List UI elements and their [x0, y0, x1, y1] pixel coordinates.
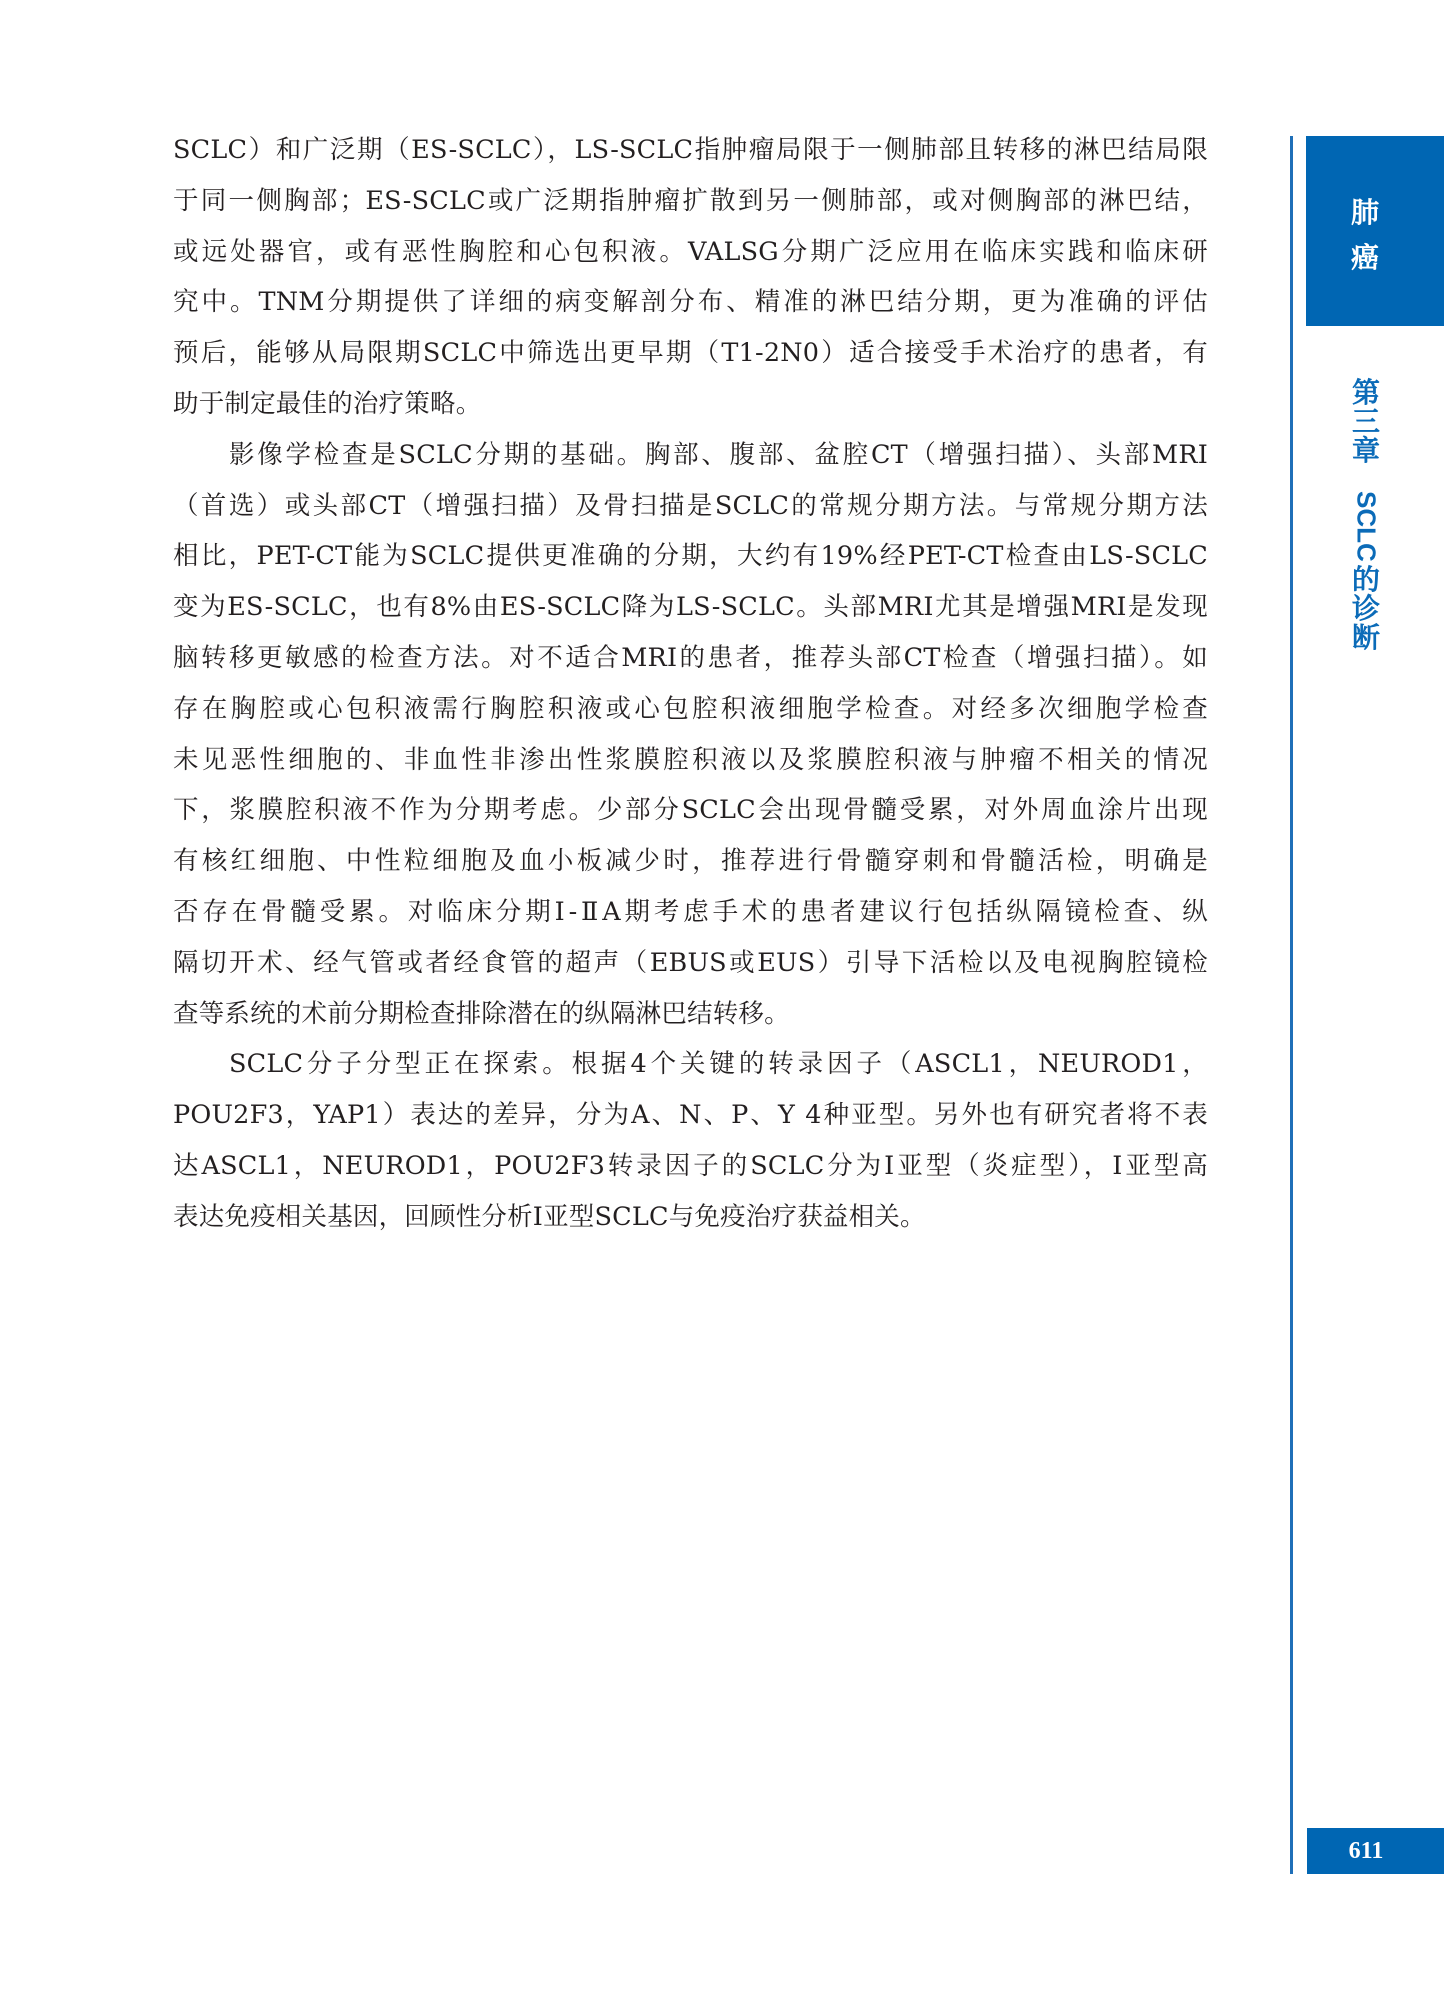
paragraph-staging-overview: SCLC）和广泛期（ES-SCLC），LS-SCLC指肿瘤局限于一侧肺部且转移的…: [173, 125, 1208, 430]
text-line: 达ASCL1，NEUROD1，POU2F3转录因子的SCLC分为Ⅰ亚型（炎症型）…: [173, 1141, 1208, 1192]
text-line: 于同一侧胸部；ES-SCLC或广泛期指肿瘤扩散到另一侧肺部，或对侧胸部的淋巴结，: [173, 176, 1208, 227]
paragraph-molecular-subtypes: SCLC分子分型正在探索。根据4个关键的转录因子（ASCL1，NEUROD1， …: [173, 1039, 1208, 1242]
text-line: 下，浆膜腔积液不作为分期考虑。少部分SCLC会出现骨髓受累，对外周血涂片出现: [173, 785, 1208, 836]
text-line: 存在胸腔或心包积液需行胸腔积液或心包腔积液细胞学检查。对经多次细胞学检查: [173, 684, 1208, 735]
section-tab-char: 癌: [1306, 236, 1424, 276]
text-line: 变为ES-SCLC，也有8%由ES-SCLC降为LS-SCLC。头部MRI尤其是…: [173, 582, 1208, 633]
chapter-char: 第: [1350, 378, 1382, 407]
chapter-char: 的: [1350, 565, 1382, 594]
text-line: SCLC分子分型正在探索。根据4个关键的转录因子（ASCL1，NEUROD1，: [173, 1039, 1208, 1090]
page-number-box: 611: [1307, 1828, 1444, 1874]
margin-rule: [1290, 136, 1293, 1874]
chapter-latin: SCLC: [1352, 489, 1381, 563]
chapter-char: 诊: [1350, 594, 1382, 623]
text-line: 究中。TNM分期提供了详细的病变解剖分布、精准的淋巴结分期，更为准确的评估: [173, 277, 1208, 328]
text-line: 表达免疫相关基因，回顾性分析Ⅰ亚型SCLC与免疫治疗获益相关。: [173, 1192, 1208, 1243]
chapter-char: 三: [1350, 407, 1382, 436]
text-line: 影像学检查是SCLC分期的基础。胸部、腹部、盆腔CT（增强扫描）、头部MRI: [173, 430, 1208, 481]
chapter-char: 章: [1350, 436, 1382, 465]
text-line: 未见恶性细胞的、非血性非渗出性浆膜腔积液以及浆膜腔积液与肿瘤不相关的情况: [173, 735, 1208, 786]
text-line: 相比，PET-CT能为SCLC提供更准确的分期，大约有19%经PET-CT检查由…: [173, 531, 1208, 582]
text-line: 查等系统的术前分期检查排除潜在的纵隔淋巴结转移。: [173, 989, 1208, 1040]
body-text: SCLC）和广泛期（ES-SCLC），LS-SCLC指肿瘤局限于一侧肺部且转移的…: [173, 125, 1208, 1243]
page-number: 611: [1307, 1828, 1425, 1874]
text-line: 脑转移更敏感的检查方法。对不适合MRI的患者，推荐头部CT检查（增强扫描）。如: [173, 633, 1208, 684]
text-line: 助于制定最佳的治疗策略。: [173, 379, 1208, 430]
chapter-title: 第 三 章 SCLC 的 诊 断: [1350, 378, 1382, 652]
text-line: 否存在骨髓受累。对临床分期Ⅰ-ⅡA期考虑手术的患者建议行包括纵隔镜检查、纵: [173, 887, 1208, 938]
section-tab-char: 肺: [1306, 191, 1424, 231]
document-page: SCLC）和广泛期（ES-SCLC），LS-SCLC指肿瘤局限于一侧肺部且转移的…: [0, 0, 1444, 2010]
text-line: （首选）或头部CT（增强扫描）及骨扫描是SCLC的常规分期方法。与常规分期方法: [173, 481, 1208, 532]
chapter-char: 断: [1350, 623, 1382, 652]
section-tab: 肺 癌: [1306, 136, 1444, 326]
text-line: POU2F3，YAP1）表达的差异，分为A、N、P、Y 4种亚型。另外也有研究者…: [173, 1090, 1208, 1141]
text-line: 或远处器官，或有恶性胸腔和心包积液。VALSG分期广泛应用在临床实践和临床研: [173, 227, 1208, 278]
text-line: 有核红细胞、中性粒细胞及血小板减少时，推荐进行骨髓穿刺和骨髓活检，明确是: [173, 836, 1208, 887]
text-line: 隔切开术、经气管或者经食管的超声（EBUS或EUS）引导下活检以及电视胸腔镜检: [173, 938, 1208, 989]
text-line: SCLC）和广泛期（ES-SCLC），LS-SCLC指肿瘤局限于一侧肺部且转移的…: [173, 125, 1208, 176]
text-line: 预后，能够从局限期SCLC中筛选出更早期（T1-2N0）适合接受手术治疗的患者，…: [173, 328, 1208, 379]
paragraph-imaging: 影像学检查是SCLC分期的基础。胸部、腹部、盆腔CT（增强扫描）、头部MRI （…: [173, 430, 1208, 1040]
